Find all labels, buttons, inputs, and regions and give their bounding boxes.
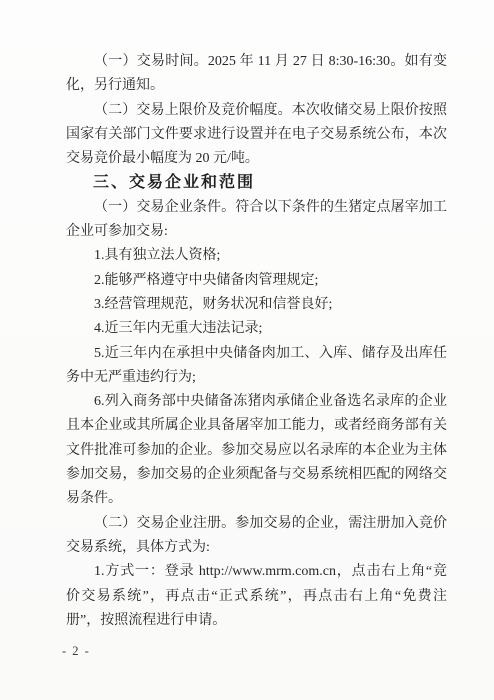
condition-item-5: 5.近三年内在承担中央储备肉加工、入库、储存及出库任务中无严重违约行为; bbox=[66, 342, 447, 391]
para-price-cap-and-bid-increment: （二）交易上限价及竞价幅度。本次收储交易上限价按照国家有关部门文件要求进行设置并… bbox=[66, 99, 447, 172]
document-body: （一）交易时间。2025 年 11 月 27 日 8:30-16:30。如有变化… bbox=[66, 50, 447, 633]
para-registration-method-1: 1.方式一：登录 http://www.mrm.com.cn，点击右上角“竞价交… bbox=[66, 560, 447, 633]
para-transaction-time: （一）交易时间。2025 年 11 月 27 日 8:30-16:30。如有变化… bbox=[66, 50, 447, 99]
section-heading-trading-enterprises-and-scope: 三、交易企业和范围 bbox=[66, 171, 447, 195]
condition-item-6: 6.列入商务部中央储备冻猪肉承储企业备选名录库的企业且本企业或其所属企业具备屠宰… bbox=[66, 390, 447, 511]
para-enterprise-registration: （二）交易企业注册。参加交易的企业，需注册加入竞价交易系统，具体方式为: bbox=[66, 512, 447, 561]
document-page: （一）交易时间。2025 年 11 月 27 日 8:30-16:30。如有变化… bbox=[0, 0, 494, 700]
condition-item-3: 3.经营管理规范，财务状况和信誉良好; bbox=[66, 293, 447, 317]
condition-item-4: 4.近三年内无重大违法记录; bbox=[66, 317, 447, 341]
condition-item-2: 2.能够严格遵守中央储备肉管理规定; bbox=[66, 269, 447, 293]
page-number: - 2 - bbox=[62, 644, 90, 659]
para-enterprise-conditions: （一）交易企业条件。符合以下条件的生猪定点屠宰加工企业可参加交易: bbox=[66, 196, 447, 245]
condition-item-1: 1.具有独立法人资格; bbox=[66, 244, 447, 268]
